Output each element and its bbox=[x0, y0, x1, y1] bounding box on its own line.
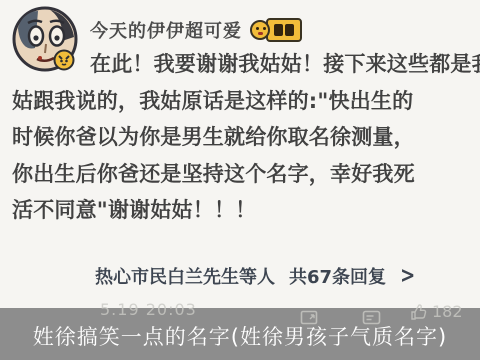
caption-bar: 5.19 20:03 182 姓徐搞笑一点的名字(姓徐男孩子气质名字 bbox=[0, 308, 480, 360]
replies-link[interactable]: 热心市民白兰先生等人 共67条回复 > bbox=[95, 263, 478, 289]
post-card: 今天的伊伊超可爱 在此！我要谢谢我姑姑！接下来这些都是我 姑跟我说的，我姑原话是… bbox=[0, 0, 480, 308]
post-text-line: 姑跟我说的，我姑原话是这样的:"快出生的 bbox=[12, 83, 478, 120]
post-text-line: 活不同意"谢谢姑姑！！！ bbox=[12, 192, 478, 229]
post-text-line: 在此！我要谢谢我姑姑！接下来这些都是我 bbox=[12, 46, 478, 83]
reply-count: 共67条回复 bbox=[289, 263, 386, 289]
post-header: 今天的伊伊超可爱 bbox=[90, 6, 478, 46]
username[interactable]: 今天的伊伊超可爱 bbox=[90, 17, 242, 43]
post-text-line: 时候你爸以为你是男生就给你取名徐测量， bbox=[12, 119, 478, 156]
badge-face-icon bbox=[250, 20, 270, 40]
badge-sign-icon bbox=[266, 18, 302, 42]
chevron-right-icon: > bbox=[400, 262, 415, 288]
caption-text: 姓徐搞笑一点的名字(姓徐男孩子气质名字) bbox=[0, 321, 480, 351]
reply-usernames: 热心市民白兰先生等人 bbox=[95, 263, 275, 289]
video-timestamp: 5.19 20:03 bbox=[100, 300, 197, 319]
post-text-line: 你出生后你爸还是坚持这个名字，幸好我死 bbox=[12, 156, 478, 193]
cartoon-face-avatar-icon bbox=[12, 6, 78, 72]
like-count: 182 bbox=[432, 302, 463, 321]
yellow-sign-emoji-badge-icon bbox=[250, 18, 302, 42]
post-screen: 今天的伊伊超可爱 在此！我要谢谢我姑姑！接下来这些都是我 姑跟我说的，我姑原话是… bbox=[0, 0, 480, 360]
post-body: 在此！我要谢谢我姑姑！接下来这些都是我 姑跟我说的，我姑原话是这样的:"快出生的… bbox=[12, 46, 478, 229]
avatar[interactable] bbox=[12, 6, 78, 72]
